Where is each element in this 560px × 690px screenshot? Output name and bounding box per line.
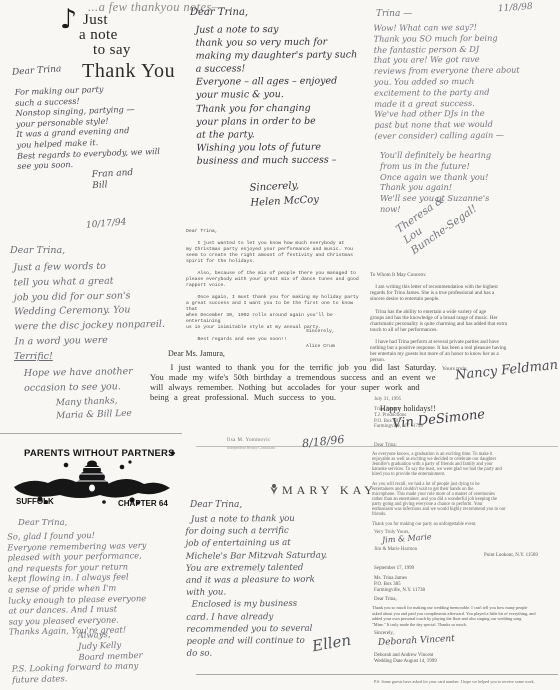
scanned-collage-page: ...a few thankyou notes— ♪ Just a note t… [0, 0, 560, 690]
ceremony-note-signature: Many thanks, Maria & Bill Lee [56, 395, 132, 424]
card-title-line3: to say [93, 42, 131, 59]
marykay-flower-icon [268, 483, 280, 497]
marykay-note-salutation: Dear Trina, [190, 500, 242, 510]
handwritten-date: 10/17/94 [86, 217, 127, 230]
graduation-letter-recipient: Trina Jamara T.J. Productions P.O. Box 4… [374, 407, 423, 430]
dances-note-signature: Always, Judy Kelly Board member [77, 629, 142, 664]
card-salutation: Dear Trina [12, 64, 62, 77]
decorative-star-icon: ◆ [170, 449, 175, 457]
wow-note-salutation: Trina — [376, 9, 412, 19]
christmas-letter-closing: Sincerely, [306, 329, 335, 334]
graduation-letter-date: July 31, 1995 [374, 397, 401, 402]
marykay-brand-wordmark: MARY KAY [282, 483, 377, 498]
christmas-letter-signer: Alice Crum [306, 344, 335, 349]
wedding-letter-recipient: Ms. Trina James P.O. Box 385 Farmingvill… [374, 576, 425, 593]
divider-line [196, 674, 558, 675]
marykay-printed-name: Ilsa M. Yommovic [227, 438, 271, 443]
wedding-letter-body: Thank you so much for making our wedding… [372, 605, 560, 627]
dances-note-postscript: P.S. Looking forward to many future date… [12, 661, 139, 686]
pwp-letterhead-title: PARENTS WITHOUT PARTNERS [24, 448, 175, 459]
marykay-printed-title: Independent Beauty Consultant [227, 446, 275, 450]
mccoy-note-salutation: Dear Trina, [190, 7, 248, 18]
graduation-letter-body: As everyone knows, a graduation is an ex… [372, 452, 560, 527]
dances-note-salutation: Dear Trina, [18, 518, 67, 528]
wedding-letter-closing: Sincerely, [374, 631, 394, 636]
birthday-letter-salutation: Dear Ms. Jamura, [168, 349, 225, 358]
graduation-letter-salutation: Dear Trina: [374, 443, 397, 448]
ceremony-note-body2: Hope we have another occasion to see you… [24, 365, 133, 396]
ceremony-note-body: Just a few words to tell you what a grea… [13, 259, 180, 351]
dances-note-body: So, glad I found you! Everyone rememberi… [7, 528, 184, 637]
wedding-letter-signature: Deborah Vincent [378, 634, 455, 648]
ceremony-note-salutation: Dear Trina, [10, 245, 65, 256]
recommendation-letter-body: To Whom It May Concern: I am writing thi… [370, 272, 560, 363]
card-signature: Fran and Bill [91, 168, 134, 192]
divider-line [0, 433, 182, 434]
wedding-letter-signers: Deborah and Andrew Vincent Wedding Date … [374, 653, 437, 665]
wedding-letter-date: September 17, 1999 [374, 566, 414, 571]
card-thank-you-heading: Thank You [82, 60, 175, 83]
pwp-suffolk-caption: SUFFOLK [16, 497, 54, 506]
wedding-letter-location: Point Lookout, N.Y. 11569 [484, 553, 538, 558]
wedding-letter-postscript: P.S. Some guests have asked for your car… [374, 679, 535, 684]
mccoy-note-signature: Sincerely, Helen McCoy [249, 177, 319, 211]
marykay-date: 8/18/96 [301, 433, 345, 450]
card-note-body: For making our party such a success! Non… [15, 81, 188, 172]
graduation-letter-signer: Jim & Marie Harmon [374, 547, 417, 552]
wow-note-body: Wow! What can we say?! Thank you SO much… [373, 21, 559, 141]
wow-note-date: 11/8/98 [498, 2, 533, 14]
pwp-chapter-caption: CHAPTER 64 [118, 499, 168, 508]
wedding-letter-salutation: Dear Trina, [374, 597, 397, 602]
music-note-icon: ♪ [60, 4, 77, 35]
mccoy-note-body: Just a note to say thank you so very muc… [195, 22, 371, 168]
ceremony-note-emphasis: Terrific! [14, 351, 53, 362]
christmas-letter-body: Dear Trina, I just wanted to let you kno… [186, 229, 366, 343]
